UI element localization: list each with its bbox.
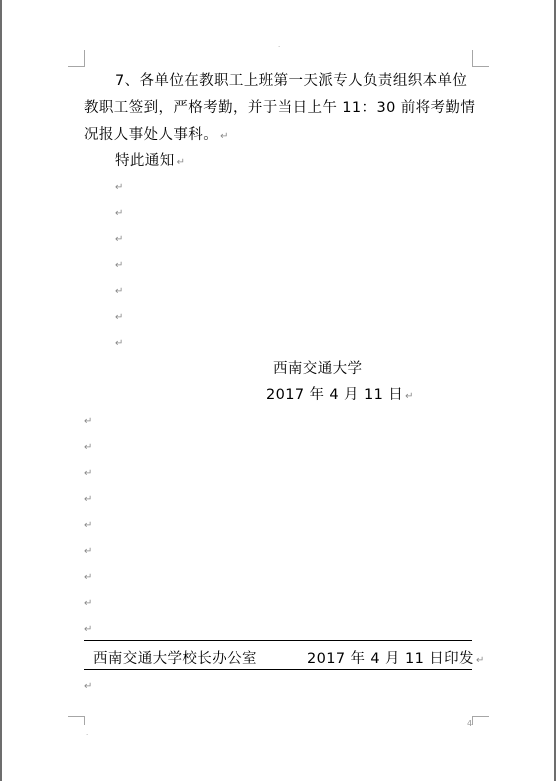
signature-date[interactable]: 2017 年 4 月 11 日↵ <box>266 385 414 407</box>
crop-mark-bottom-right <box>472 716 489 725</box>
empty-paragraph-mark-icon: ↵ <box>115 313 123 323</box>
empty-paragraph-mark-icon: ↵ <box>84 521 92 531</box>
empty-paragraph-mark-icon: ↵ <box>84 417 92 427</box>
paragraph-mark-icon: ↵ <box>177 157 186 168</box>
footer-issuer[interactable]: 西南交通大学校长办公室 <box>93 649 257 669</box>
empty-paragraph-mark-icon: ↵ <box>84 469 92 479</box>
closing-line[interactable]: 特此通知↵ <box>115 151 185 173</box>
footer-paragraph-mark: . <box>86 730 88 737</box>
empty-paragraph-mark-icon: ↵ <box>115 183 123 193</box>
empty-paragraph-mark-icon: ↵ <box>84 547 92 557</box>
crop-mark-top-right <box>472 50 489 67</box>
empty-paragraph-mark-icon: ↵ <box>84 443 92 453</box>
footer-bottom-rule <box>84 669 472 670</box>
paragraph-mark-icon: ↵ <box>476 655 485 666</box>
empty-paragraph-mark-icon: ↵ <box>115 209 123 219</box>
page-number: 4 <box>467 720 472 728</box>
footer-issue-date[interactable]: 2017 年 4 月 11 日印发↵ <box>307 649 485 671</box>
empty-paragraph-mark-icon: ↵ <box>84 495 92 505</box>
body-line-2[interactable]: 教职工签到，严格考勤，并于当日上午 11：30 前将考勤情 <box>84 98 475 118</box>
empty-paragraph-mark-icon: ↵ <box>115 339 123 349</box>
signature-org[interactable]: 西南交通大学 <box>273 359 362 379</box>
empty-paragraph-mark-icon: ↵ <box>84 625 92 635</box>
body-line-1[interactable]: 7、各单位在教职工上班第一天派专人负责组织本单位 <box>115 71 467 91</box>
empty-paragraph-mark-icon: ↵ <box>84 599 92 609</box>
crop-mark-bottom-left <box>68 716 85 725</box>
empty-paragraph-mark-icon: ↵ <box>115 261 123 271</box>
footer-top-rule <box>84 640 472 641</box>
body-line-3[interactable]: 况报人事处人事科。↵ <box>84 125 229 147</box>
empty-paragraph-mark-icon: ↵ <box>84 573 92 583</box>
page-left-edge <box>0 0 2 781</box>
empty-paragraph-mark-icon: ↵ <box>115 287 123 297</box>
empty-paragraph-mark-icon: ↵ <box>115 235 123 245</box>
paragraph-mark-icon: ↵ <box>405 391 414 402</box>
header-paragraph-mark: . <box>278 42 280 49</box>
crop-mark-top-left <box>68 50 85 67</box>
paragraph-mark-icon: ↵ <box>220 131 229 142</box>
empty-paragraph-mark-icon: ↵ <box>84 682 92 692</box>
